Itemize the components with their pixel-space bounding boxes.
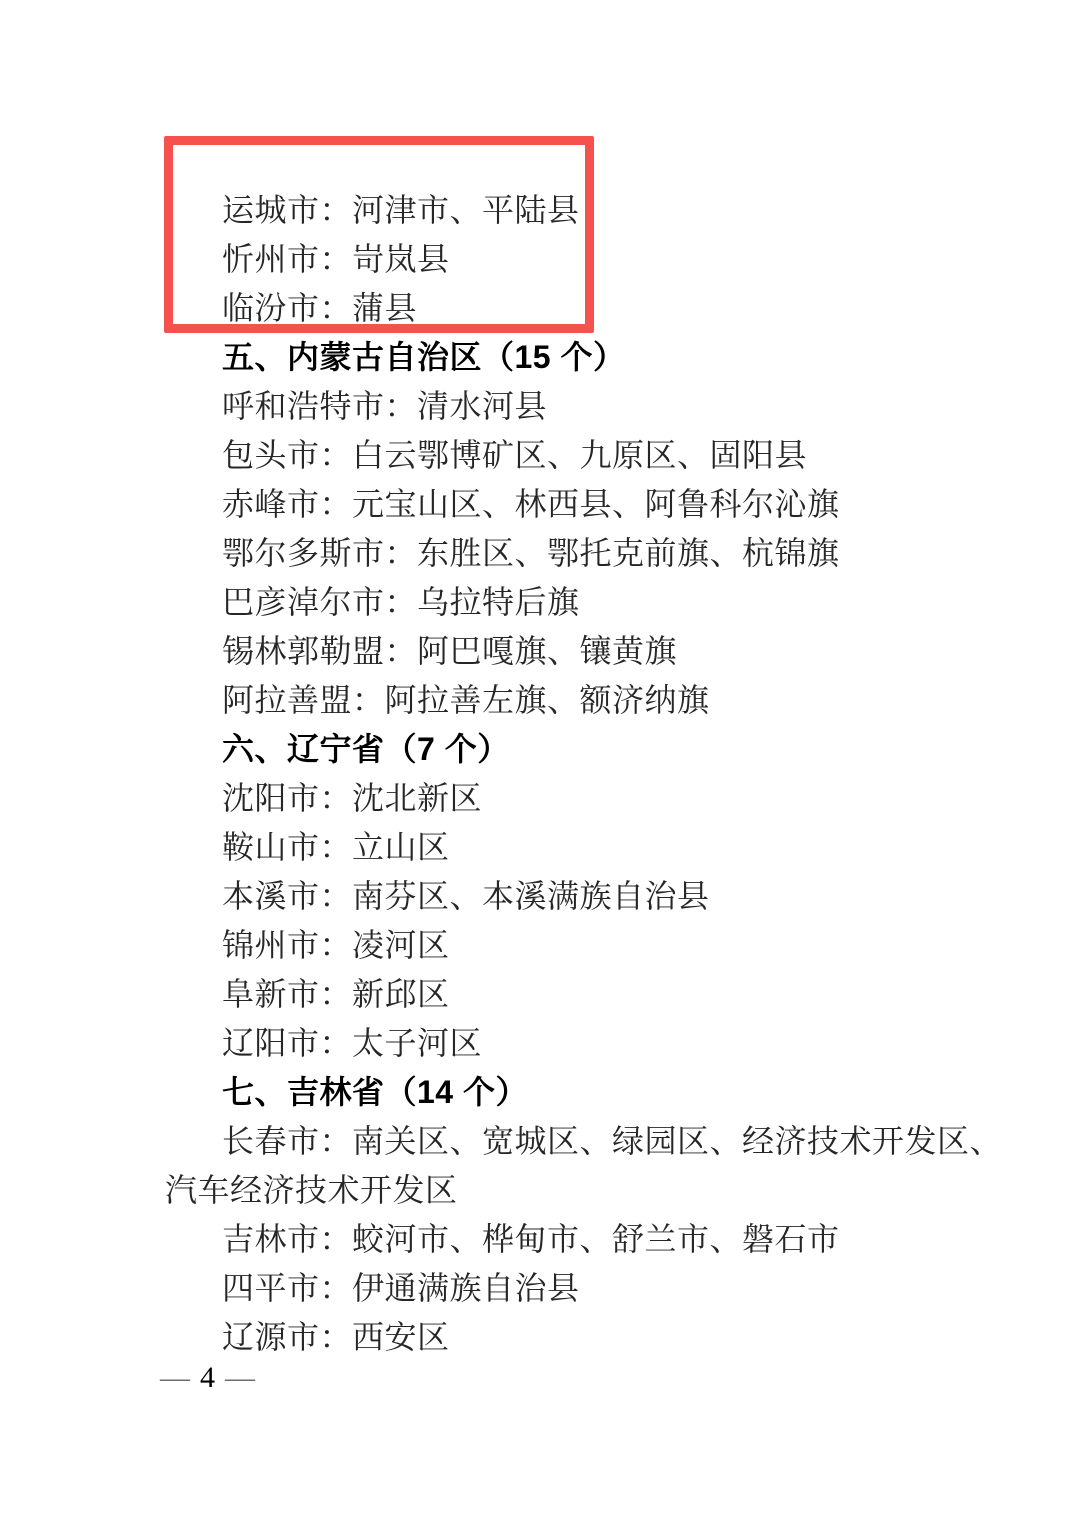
entry-line: 呼和浩特市：清水河县 (165, 382, 925, 431)
entry-line: 运城市：河津市、平陆县 (165, 186, 925, 235)
entry-line: 沈阳市：沈北新区 (165, 774, 925, 823)
entry-line: 鄂尔多斯市：东胜区、鄂托克前旗、杭锦旗 (165, 529, 925, 578)
entry-line: 本溪市：南芬区、本溪满族自治县 (165, 872, 925, 921)
page-number-left-dash: — (160, 1361, 190, 1394)
section-title: 五、内蒙古自治区（15 个） (165, 333, 925, 382)
entry-line: 忻州市：岢岚县 (165, 235, 925, 284)
entry-line: 巴彦淖尔市：乌拉特后旗 (165, 578, 925, 627)
entry-line-continuation: 汽车经济技术开发区 (165, 1166, 925, 1215)
entry-line: 锦州市：凌河区 (165, 921, 925, 970)
document-body: 运城市：河津市、平陆县 忻州市：岢岚县 临汾市：蒲县 五、内蒙古自治区（15 个… (165, 186, 925, 1362)
entry-line: 辽阳市：太子河区 (165, 1019, 925, 1068)
entry-line: 阿拉善盟：阿拉善左旗、额济纳旗 (165, 676, 925, 725)
document-page: 运城市：河津市、平陆县 忻州市：岢岚县 临汾市：蒲县 五、内蒙古自治区（15 个… (0, 0, 1080, 1527)
entry-line: 长春市：南关区、宽城区、绿园区、经济技术开发区、 (165, 1117, 925, 1166)
entry-line: 包头市：白云鄂博矿区、九原区、固阳县 (165, 431, 925, 480)
entry-line: 辽源市：西安区 (165, 1313, 925, 1362)
entry-line: 吉林市：蛟河市、桦甸市、舒兰市、磐石市 (165, 1215, 925, 1264)
entry-line: 赤峰市：元宝山区、林西县、阿鲁科尔沁旗 (165, 480, 925, 529)
section-title: 六、辽宁省（7 个） (165, 725, 925, 774)
page-number-value: 4 (200, 1361, 215, 1394)
entry-line: 临汾市：蒲县 (165, 284, 925, 333)
page-number-right-dash: — (225, 1361, 255, 1394)
entry-line: 阜新市：新邱区 (165, 970, 925, 1019)
page-number: —4— (160, 1360, 255, 1396)
entry-line: 鞍山市：立山区 (165, 823, 925, 872)
entry-line: 四平市：伊通满族自治县 (165, 1264, 925, 1313)
entry-line: 锡林郭勒盟：阿巴嘎旗、镶黄旗 (165, 627, 925, 676)
section-title: 七、吉林省（14 个） (165, 1068, 925, 1117)
